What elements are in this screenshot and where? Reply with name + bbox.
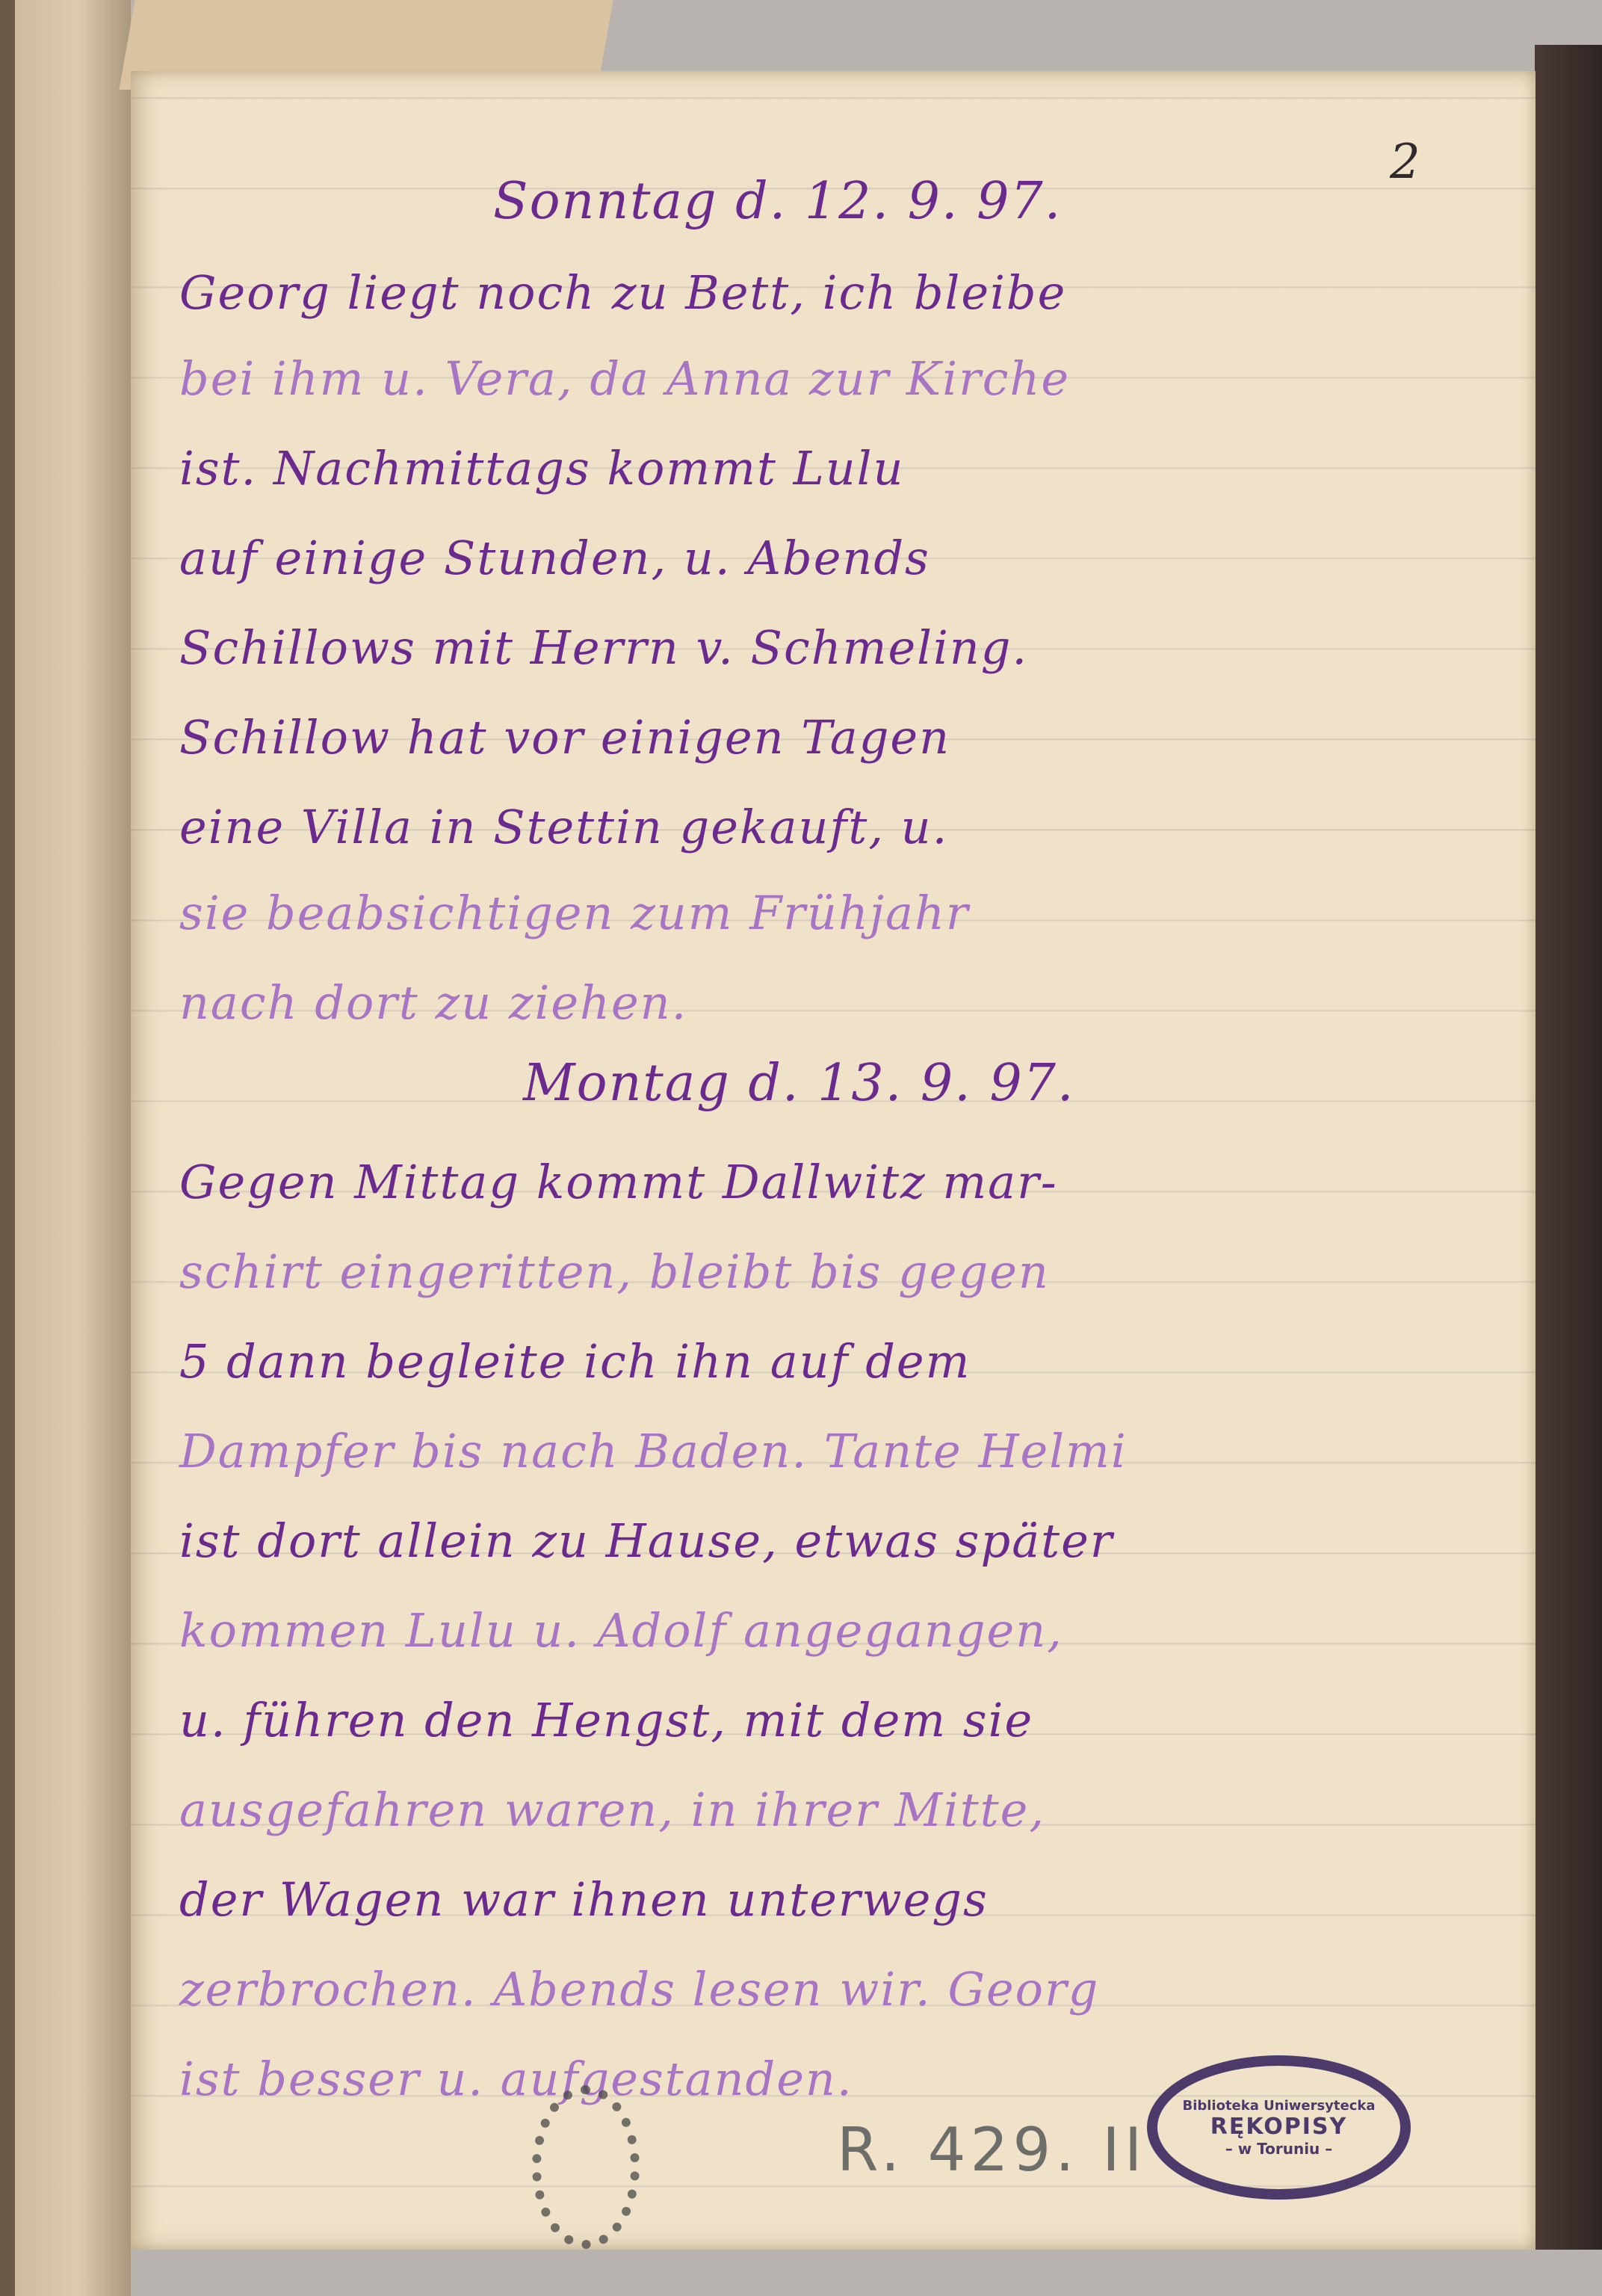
entry-line: schirt eingeritten, bleibt bis gegen bbox=[179, 1244, 1050, 1299]
entry-line: auf einige Stunden, u. Abends bbox=[179, 531, 930, 585]
entry-line: ist besser u. aufgestanden. bbox=[179, 2052, 853, 2106]
library-stamp: Biblioteka Uniwersytecka RĘKOPISY – w To… bbox=[1147, 2055, 1411, 2200]
entry-line: der Wagen war ihnen unterwegs bbox=[179, 1872, 989, 1927]
stamp-location: – w Toruniu – bbox=[1225, 2140, 1333, 2158]
page-number: 2 bbox=[1390, 135, 1420, 190]
entry-line: zerbrochen. Abends lesen wir. Georg bbox=[179, 1962, 1099, 2016]
entry-line: Schillows mit Herrn v. Schmeling. bbox=[179, 620, 1028, 675]
entry-line: Gegen Mittag kommt Dallwitz mar- bbox=[179, 1155, 1058, 1209]
entry-line: u. führen den Hengst, mit dem sie bbox=[179, 1693, 1033, 1747]
entry-line: Georg liegt noch zu Bett, ich bleibe bbox=[179, 265, 1066, 320]
entry-heading: Sonntag d. 12. 9. 97. bbox=[493, 172, 1062, 231]
entry-line: ist. Nachmittags kommt Lulu bbox=[179, 441, 904, 496]
entry-line: ist dort allein zu Hause, etwas später bbox=[179, 1513, 1113, 1568]
facing-page-edge bbox=[0, 0, 131, 2296]
round-library-stamp bbox=[532, 2085, 640, 2249]
entry-line: ausgefahren waren, in ihrer Mitte, bbox=[179, 1783, 1045, 1837]
book-cover-right bbox=[1535, 45, 1602, 2250]
entry-heading: Montag d. 13. 9. 97. bbox=[523, 1054, 1075, 1113]
entry-line: nach dort zu ziehen. bbox=[179, 975, 687, 1030]
book-cover-left bbox=[0, 0, 15, 2296]
entry-line: sie beabsichtigen zum Frühjahr bbox=[179, 886, 970, 940]
entry-line: 5 dann begleite ich ihn auf dem bbox=[179, 1334, 971, 1389]
entry-line: Dampfer bis nach Baden. Tante Helmi bbox=[179, 1424, 1128, 1478]
entry-line: kommen Lulu u. Adolf angegangen, bbox=[179, 1603, 1063, 1658]
entry-line: eine Villa in Stettin gekauft, u. bbox=[179, 800, 948, 854]
stamp-label: RĘKOPISY bbox=[1210, 2114, 1347, 2140]
entry-line: bei ihm u. Vera, da Anna zur Kirche bbox=[179, 351, 1070, 406]
stamp-library-name: Biblioteka Uniwersytecka bbox=[1182, 2098, 1375, 2114]
entry-line: Schillow hat vor einigen Tagen bbox=[179, 710, 950, 765]
shelfmark: R. 429. II bbox=[837, 2115, 1146, 2185]
